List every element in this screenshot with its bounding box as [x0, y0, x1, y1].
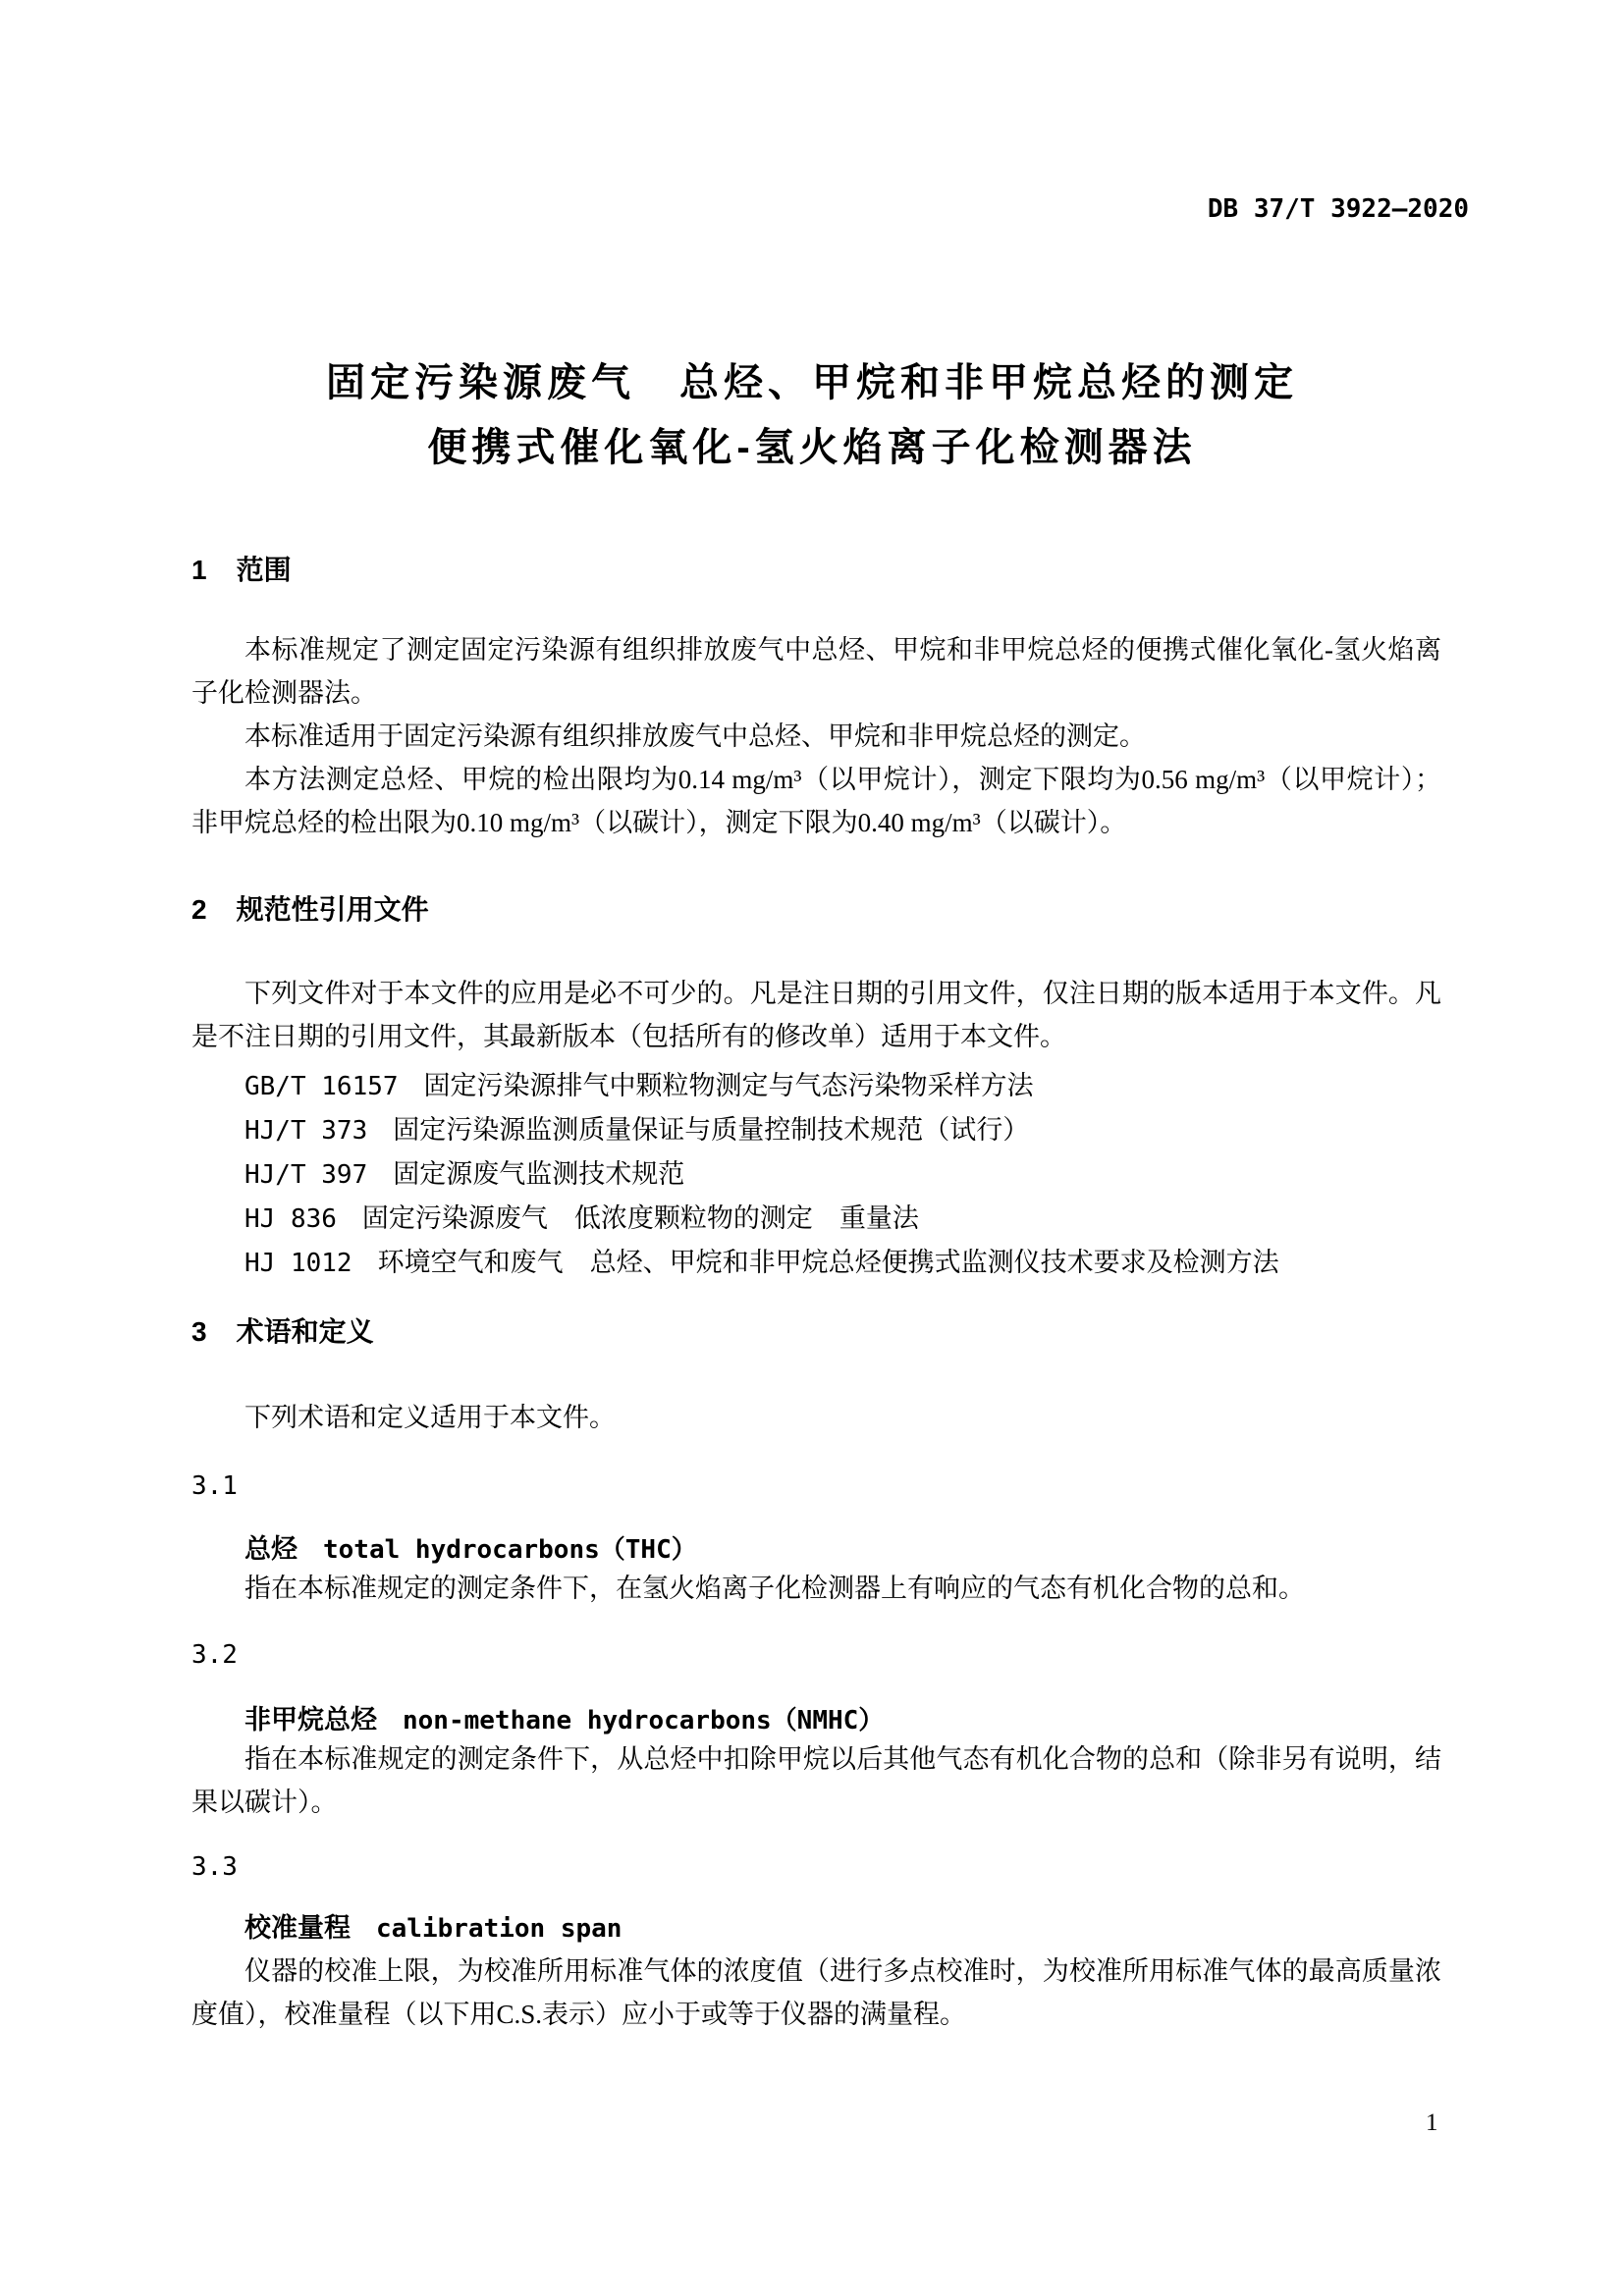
- term-3-2-zh: 非甲烷总烃: [244, 1705, 377, 1735]
- references-list: GB/T 16157固定污染源排气中颗粒物测定与气态污染物采样方法 HJ/T 3…: [191, 1064, 1441, 1285]
- section-2-intro: 下列文件对于本文件的应用是必不可少的。凡是注日期的引用文件，仅注日期的版本适用于…: [191, 972, 1441, 1058]
- section-3-heading: 3术语和定义: [191, 1313, 1441, 1351]
- term-3-3-definition-block: 仪器的校准上限，为校准所用标准气体的浓度值（进行多点校准时，为校准所用标准气体的…: [191, 1949, 1441, 2036]
- term-3-3-zh: 校准量程: [244, 1913, 351, 1943]
- reference-title: 固定污染源监测质量保证与质量控制技术规范（试行）: [393, 1115, 1029, 1145]
- document-page: DB 37/T 3922—2020 固定污染源废气 总烃、甲烷和非甲烷总烃的测定…: [0, 0, 1624, 2296]
- section-2-number: 2: [191, 894, 207, 925]
- reference-code: HJ/T 373: [244, 1116, 367, 1146]
- section-1-title: 范围: [237, 555, 292, 585]
- term-3-2-en: non-methane hydrocarbons（NMHC）: [403, 1706, 884, 1735]
- term-3-2-number: 3.2: [191, 1637, 238, 1673]
- term-3-3-heading: 校准量程calibration span: [191, 1906, 1441, 1950]
- reference-item: GB/T 16157固定污染源排气中颗粒物测定与气态污染物采样方法: [191, 1064, 1441, 1108]
- term-3-1-definition: 指在本标准规定的测定条件下，在氢火焰离子化检测器上有响应的气态有机化合物的总和。: [191, 1567, 1441, 1610]
- term-3-3-number: 3.3: [191, 1849, 238, 1885]
- reference-title: 固定污染源排气中颗粒物测定与气态污染物采样方法: [424, 1071, 1034, 1100]
- section-1-number: 1: [191, 555, 207, 585]
- doc-title-line-2: 便携式催化氧化-氢火焰离子化检测器法: [0, 424, 1624, 471]
- reference-title: 固定源废气监测技术规范: [393, 1159, 684, 1189]
- section-1-paragraph-1: 本标准规定了测定固定污染源有组织排放废气中总烃、甲烷和非甲烷总烃的便携式催化氧化…: [191, 628, 1441, 715]
- reference-code: HJ 836: [244, 1204, 337, 1234]
- section-3-intro-block: 下列术语和定义适用于本文件。: [191, 1396, 1441, 1439]
- term-3-1-zh: 总烃: [244, 1534, 298, 1564]
- reference-item: HJ 1012环境空气和废气 总烃、甲烷和非甲烷总烃便携式监测仪技术要求及检测方…: [191, 1241, 1441, 1285]
- section-1-paragraph-2: 本标准适用于固定污染源有组织排放废气中总烃、甲烷和非甲烷总烃的测定。: [191, 715, 1441, 758]
- section-2-title: 规范性引用文件: [237, 894, 429, 925]
- section-3-number: 3: [191, 1316, 207, 1347]
- reference-item: HJ 836固定污染源废气 低浓度颗粒物的测定 重量法: [191, 1197, 1441, 1241]
- term-3-3-definition: 仪器的校准上限，为校准所用标准气体的浓度值（进行多点校准时，为校准所用标准气体的…: [191, 1949, 1441, 2036]
- doc-title-line-1: 固定污染源废气 总烃、甲烷和非甲烷总烃的测定: [0, 359, 1624, 406]
- term-3-3-en: calibration span: [376, 1914, 622, 1944]
- term-3-2-definition: 指在本标准规定的测定条件下，从总烃中扣除甲烷以后其他气态有机化合物的总和（除非另…: [191, 1737, 1441, 1824]
- term-3-1-heading: 总烃total hydrocarbons（THC）: [191, 1527, 1441, 1572]
- reference-title: 固定污染源废气 低浓度颗粒物的测定 重量法: [362, 1203, 919, 1233]
- section-3-intro: 下列术语和定义适用于本文件。: [191, 1396, 1441, 1439]
- term-3-2-heading: 非甲烷总烃non-methane hydrocarbons（NMHC）: [191, 1698, 1441, 1742]
- term-3-1-definition-block: 指在本标准规定的测定条件下，在氢火焰离子化检测器上有响应的气态有机化合物的总和。: [191, 1567, 1441, 1610]
- reference-item: HJ/T 397固定源废气监测技术规范: [191, 1152, 1441, 1197]
- page-number: 1: [1426, 2109, 1438, 2138]
- term-3-2-definition-block: 指在本标准规定的测定条件下，从总烃中扣除甲烷以后其他气态有机化合物的总和（除非另…: [191, 1737, 1441, 1824]
- section-3-title: 术语和定义: [237, 1316, 374, 1347]
- reference-code: HJ/T 397: [244, 1160, 367, 1190]
- reference-code: HJ 1012: [244, 1249, 352, 1278]
- section-2-paragraph-1: 下列文件对于本文件的应用是必不可少的。凡是注日期的引用文件，仅注日期的版本适用于…: [191, 972, 1441, 1058]
- doc-code: DB 37/T 3922—2020: [1208, 194, 1469, 224]
- reference-title: 环境空气和废气 总烃、甲烷和非甲烷总烃便携式监测仪技术要求及检测方法: [378, 1248, 1279, 1277]
- reference-item: HJ/T 373固定污染源监测质量保证与质量控制技术规范（试行）: [191, 1108, 1441, 1152]
- term-3-1-number: 3.1: [191, 1468, 238, 1504]
- term-3-1-en: total hydrocarbons（THC）: [323, 1535, 697, 1565]
- section-1-paragraph-3: 本方法测定总烃、甲烷的检出限均为0.14 mg/m³（以甲烷计），测定下限均为0…: [191, 758, 1441, 844]
- reference-code: GB/T 16157: [244, 1072, 399, 1101]
- section-2-heading: 2规范性引用文件: [191, 891, 1441, 929]
- section-1-body: 本标准规定了测定固定污染源有组织排放废气中总烃、甲烷和非甲烷总烃的便携式催化氧化…: [191, 628, 1441, 844]
- section-1-heading: 1范围: [191, 552, 1441, 589]
